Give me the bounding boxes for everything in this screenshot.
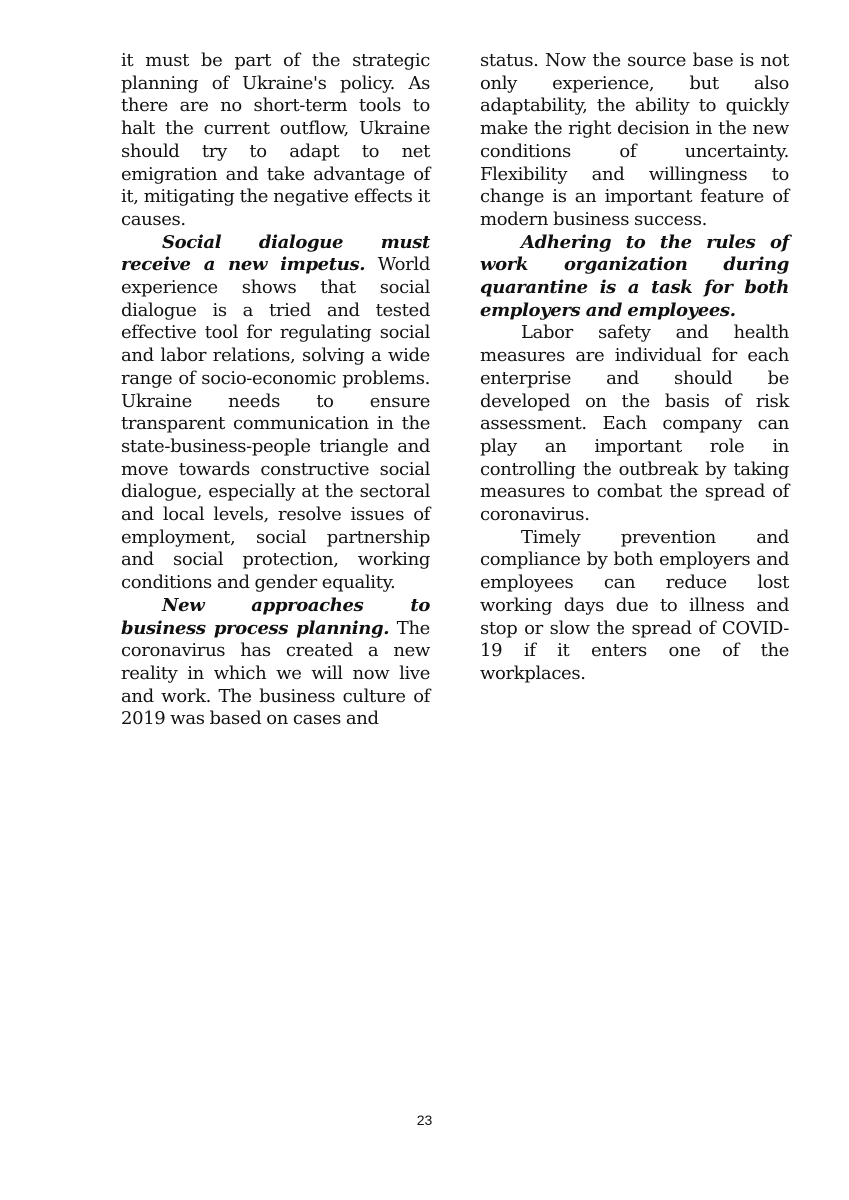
paragraph-labor-safety: Labor safety and health measures are ind… [480, 322, 789, 526]
left-column: it must be part of the strategic plannin… [121, 50, 430, 731]
paragraph-timely-prevention: Timely prevention and compliance by both… [480, 527, 789, 686]
page-number: 23 [0, 1112, 849, 1128]
paragraph-business-process: New approaches to business process plann… [121, 595, 430, 731]
paragraph-body: World experience shows that social dialo… [121, 254, 430, 593]
right-column: status. Now the source base is not only … [480, 50, 789, 686]
paragraph-continuation: status. Now the source base is not only … [480, 50, 789, 232]
paragraph-social-dialogue: Social dialogue must receive a new impet… [121, 232, 430, 595]
section-heading-work-organization: Adhering to the rules of work organizati… [480, 232, 789, 323]
section-heading-business-process: New approaches to business process plann… [121, 595, 430, 639]
paragraph-continuation: it must be part of the strategic plannin… [121, 50, 430, 232]
